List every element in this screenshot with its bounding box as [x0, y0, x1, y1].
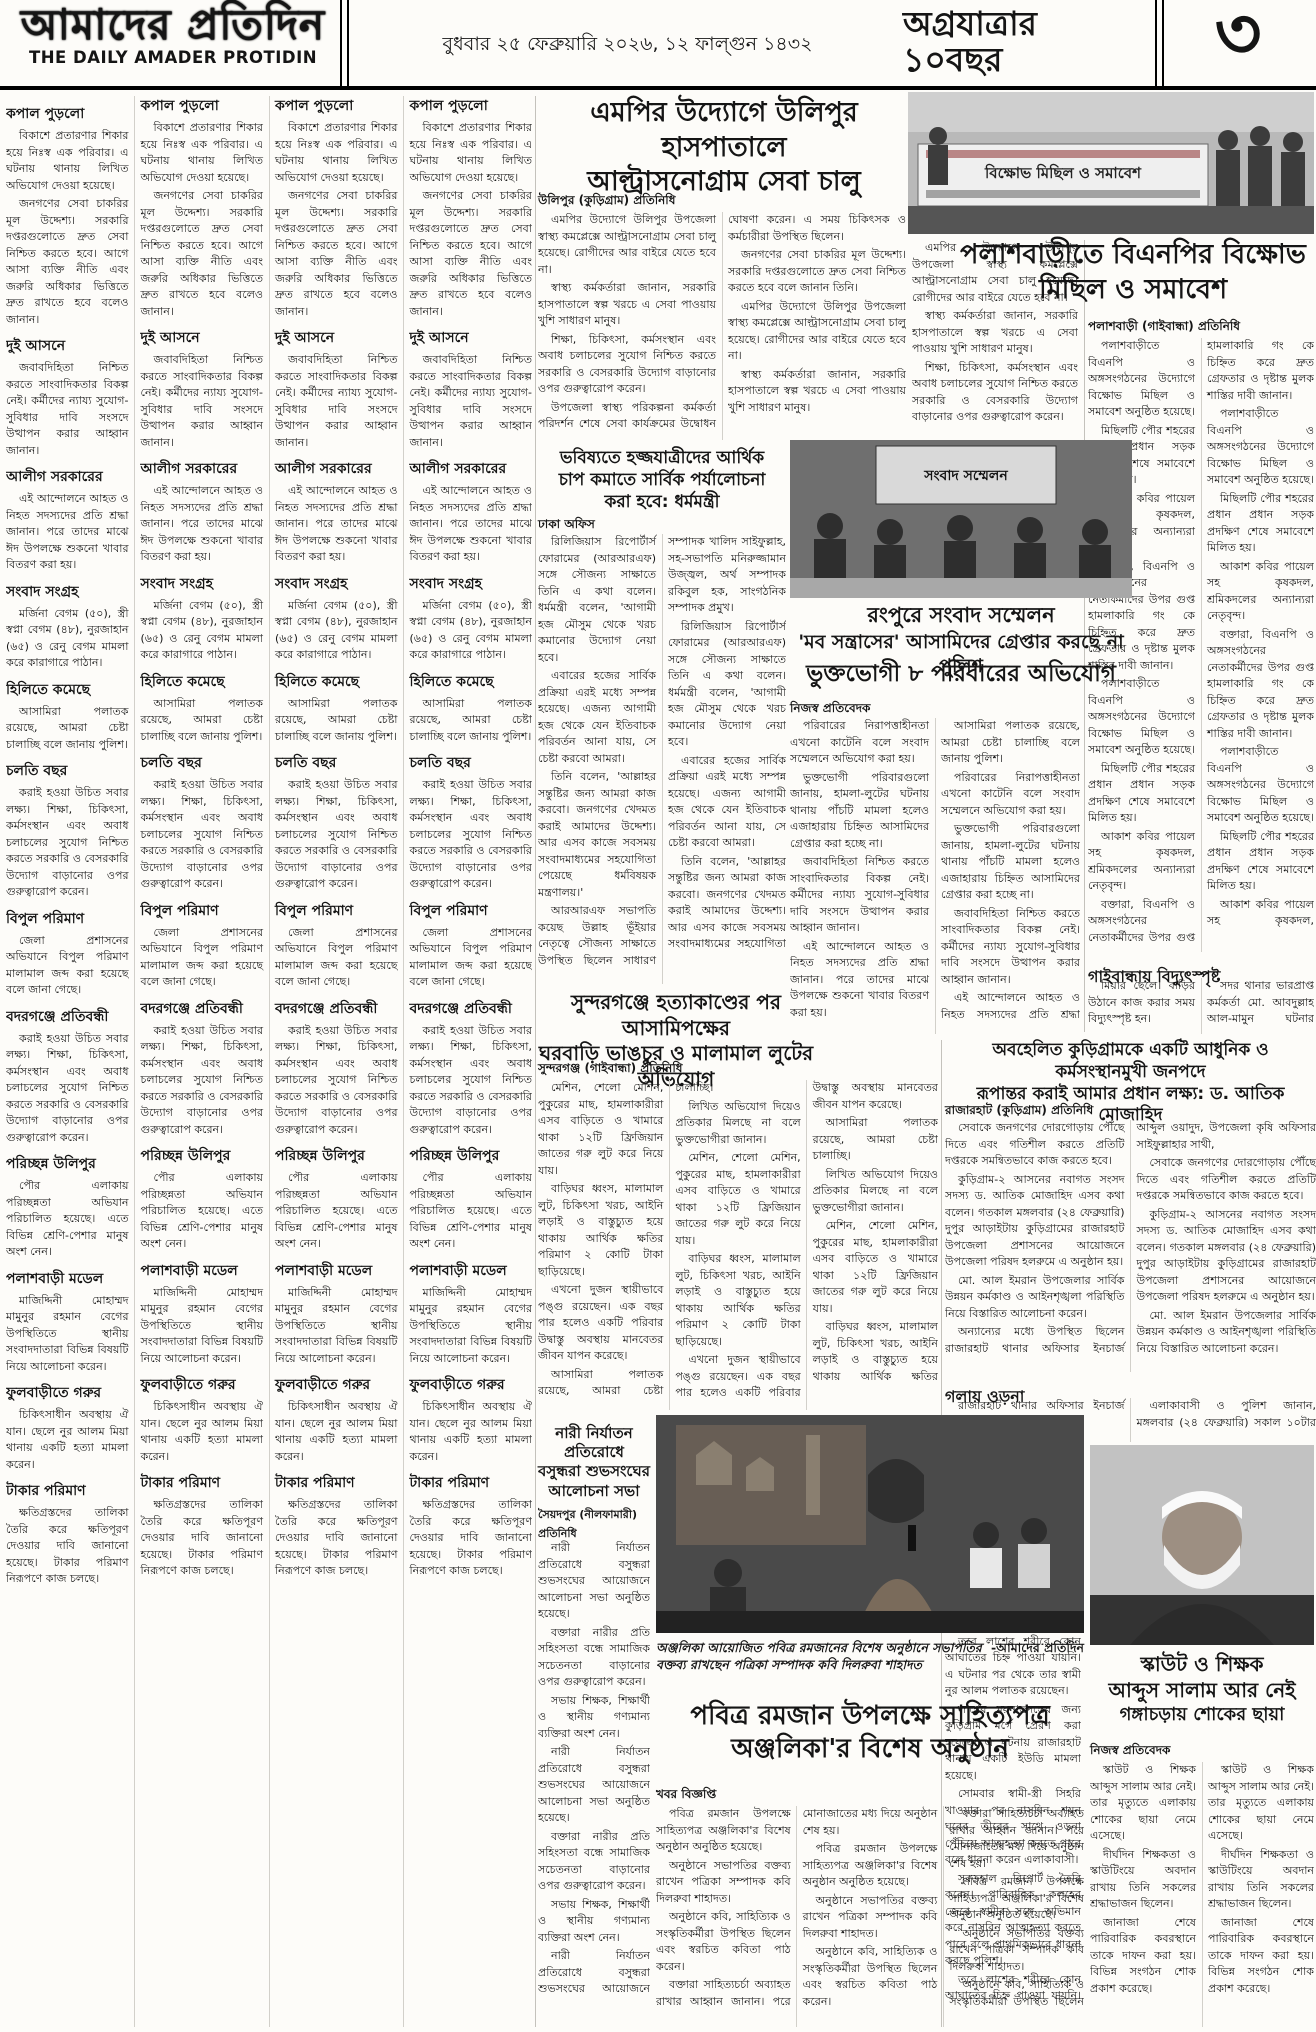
body-paragraph: বক্তারা, বিএনপি ও অঙ্গসংগঠনের নেতাকর্মীদ… [1207, 627, 1314, 743]
body-paragraph: ক্ষতিগ্রস্তদের তালিকা তৈরি করে ক্ষতিপূরণ… [141, 1497, 264, 1580]
newspaper-page: আমাদের প্রতিদিন THE DAILY AMADER PROTIDI… [0, 0, 1316, 2032]
body-paragraph: জবাবদিহিতা নিশ্চিত করতে সাংবাদিকতার বিকল… [410, 352, 533, 451]
body-paragraph: পৌর এলাকায় পরিচ্ছন্নতা অভিযান পরিচালিত … [6, 1178, 129, 1261]
body-paragraph: আসামিরা পলাতক রয়েছে, আমরা চেষ্টা চালাচ্… [141, 696, 264, 746]
body-paragraph: ভুক্তভোগী পরিবারগুলো জানায়, হামলা-লুটের… [790, 770, 929, 853]
column-subhead: কপাল পুড়লো [275, 96, 398, 117]
body-paragraph: দীর্ঘদিন শিক্ষকতা ও স্কাউটিংয়ে অবদান রা… [1208, 1847, 1314, 1913]
body-paragraph: পরিবারের নিরাপত্তাহীনতা এখনো কাটেনি বলে … [790, 718, 929, 768]
body-paragraph: বাড়িঘর ধ্বংস, মালামাল লুট, চিকিৎসা খরচ,… [538, 1181, 663, 1280]
column-subhead: পরিচ্ছন্ন উলিপুর [141, 1146, 264, 1167]
body-paragraph: অনুষ্ঠানে সভাপতির বক্তব্য রাখেন পত্রিকা … [949, 1926, 1084, 1976]
body-paragraph: জেলা প্রশাসনের অভিযানে বিপুল পরিমাণ মালা… [141, 925, 264, 991]
body-paragraph: অনুষ্ঠানে সভাপতির বক্তব্য রাখেন পত্রিকা … [656, 1858, 791, 1908]
body-paragraph: বক্তারা নারীর প্রতি সহিংসতা বন্ধে সামাজি… [538, 1625, 650, 1691]
body-paragraph: লিখিত অভিযোগ দিয়েও প্রতিকার মিলছে না বল… [675, 1099, 800, 1149]
body-paragraph: পবিত্র রমজান উপলক্ষে সাহিত্যপত্র অঞ্জলিক… [949, 1874, 1084, 1924]
body-paragraph: মাজিদ্দিনী মোহাম্মদ মামুনুর রহমান বেগের … [6, 1293, 129, 1376]
body-paragraph: এই আন্দোলনে আহত ও নিহত সদস্যদের প্রতি শ্… [6, 491, 129, 574]
body-paragraph: সভায় শিক্ষক, শিক্ষার্থী ও স্থানীয় গণ্য… [538, 1693, 650, 1743]
press-subhead: ভুক্তভোগী ৮ পরিবারের অভিযোগ [790, 660, 1132, 689]
dateline: বুধবার ২৫ ফেব্রুয়ারি ২০২৬, ১২ ফাল্গুন ১… [355, 30, 900, 62]
body-paragraph: জনগণের সেবা চাকরির মূল উদ্দেশ্য। সরকারি … [6, 196, 129, 328]
svg-text:বিক্ষোভ মিছিল ও সমাবেশ: বিক্ষোভ মিছিল ও সমাবেশ [984, 163, 1142, 182]
nari-headline: নারী নির্যাতন প্রতিরোধে বসুন্ধরা শুভসংঘে… [538, 1424, 650, 1501]
nari-byline: সৈয়দপুর (নীলফামারী) প্রতিনিধি [538, 1506, 650, 1544]
column-subhead: কপাল পুড়লো [141, 96, 264, 117]
masthead-bengali-title: আমাদের প্রতিদিন [8, 4, 338, 46]
column-subhead: বিপুল পরিমাণ [410, 901, 533, 922]
body-paragraph: জনগণের সেবা চাকরির মূল উদ্দেশ্য। সরকারি … [728, 247, 906, 297]
electrocution-body: মিয়ার ছেলে। বাড়ির উঠানে কাজ করার সময় … [1088, 978, 1314, 1034]
body-paragraph: করাই হওয়া উচিত সবার লক্ষ্য। শিক্ষা, চিক… [6, 785, 129, 901]
body-paragraph: পৌর এলাকায় পরিচ্ছন্নতা অভিযান পরিচালিত … [410, 1170, 533, 1253]
body-paragraph: লিখিত অভিযোগ দিয়েও প্রতিকার মিলছে না বল… [813, 1167, 938, 1217]
column-subhead: আলীগ সরকারের [141, 459, 264, 480]
column-subhead: ফুলবাড়ীতে গরুর [275, 1375, 398, 1396]
body-paragraph: স্বাস্থ্য কর্মকর্তারা জানান, সরকারি হাসপ… [728, 367, 906, 417]
event-photo-caption: -আমাদের প্রতিদিন অঞ্জলিকা আয়োজিত পবিত্র… [656, 1640, 1084, 1674]
body-paragraph: আসামিরা পলাতক রয়েছে, আমরা চেষ্টা চালাচ্… [941, 718, 1080, 768]
body-paragraph: করাই হওয়া উচিত সবার লক্ষ্য। শিক্ষা, চিক… [141, 777, 264, 893]
body-paragraph: আসামিরা পলাতক রয়েছে, আমরা চেষ্টা চালাচ্… [275, 696, 398, 746]
press-conference-photo: সংবাদ সম্মেলন [790, 440, 1132, 598]
sundarganj-byline: সুন্দরগঞ্জ (গাইবান্ধা) প্রতিনিধি [538, 1060, 814, 1080]
body-paragraph: সদর থানার ভারপ্রাপ্ত কর্মকর্তা মো. আবদুল… [1207, 978, 1314, 1034]
column-subhead: বিপুল পরিমাণ [6, 909, 129, 930]
column-subhead: পরিচ্ছন্ন উলিপুর [6, 1154, 129, 1175]
kurigram-body: সেবাকে জনগণের দোরগোড়ায় পৌঁছে দিতে এবং … [945, 1120, 1316, 1372]
body-paragraph: মিছিলটি পৌর শহরের প্রধান প্রধান সড়ক প্র… [1088, 761, 1195, 827]
hajj-body: রিলিজিয়াস রিপোর্টার্স ফোরামের (আরআরএফ) … [538, 534, 786, 984]
body-paragraph: এলাকাবাসী ও পুলিশ জানান, মঙ্গলবার (২৪ ফে… [1137, 1398, 1316, 1442]
column-subhead: দুই আসনে [6, 336, 129, 357]
obituary-byline: নিজস্ব প্রতিবেদক [1090, 1742, 1314, 1762]
body-paragraph: পৌর এলাকায় পরিচ্ছন্নতা অভিযান পরিচালিত … [275, 1170, 398, 1253]
column-subhead: টাকার পরিমাণ [141, 1473, 264, 1494]
obituary-headline: স্কাউট ও শিক্ষক আব্দুস সালাম আর নেই গঙ্গ… [1090, 1652, 1314, 1726]
column-subhead: টাকার পরিমাণ [410, 1473, 533, 1494]
body-paragraph: জনগণের সেবা চাকরির মূল উদ্দেশ্য। সরকারি … [141, 188, 264, 320]
body-paragraph: আকাশ কবির পায়েল সহ কৃষকদল, শ্রমিকদলের অ… [1088, 829, 1195, 895]
column-subhead: বদরগঞ্জে প্রতিবন্ধী [6, 1007, 129, 1028]
column-subhead: বিপুল পরিমাণ [275, 901, 398, 922]
column-subhead: বদরগঞ্জে প্রতিবন্ধী [410, 999, 533, 1020]
body-paragraph: স্কাউট ও শিক্ষক আব্দুস সালাম আর নেই। তার… [1090, 1762, 1196, 1845]
column-subhead: টাকার পরিমাণ [275, 1473, 398, 1494]
body-paragraph: মর্জিনা বেগম (৫০), স্ত্রী স্বপ্না বেগম (… [410, 598, 533, 664]
column-subhead: হিলিতে কমেছে [275, 672, 398, 693]
column-subhead: পলাশবাড়ী মডেল [141, 1261, 264, 1282]
column-subhead: সংবাদ সংগ্রহ [6, 582, 129, 603]
body-paragraph: এই আন্দোলনে আহত ও নিহত সদস্যদের প্রতি শ্… [410, 483, 533, 566]
body-paragraph: তিনি বলেন, 'আল্লাহর সন্তুষ্টির জন্য আমরা… [538, 769, 656, 901]
body-paragraph: মিছিলটি পৌর শহরের প্রধান প্রধান সড়ক প্র… [1207, 829, 1314, 895]
body-paragraph: সভায় শিক্ষক, শিক্ষার্থী ও স্থানীয় গণ্য… [538, 1897, 650, 1947]
body-paragraph: চিকিৎসাধীন অবস্থায় ঐ যান। ছেলে নুর আলম … [6, 1407, 129, 1473]
masthead-english-title: THE DAILY AMADER PROTIDIN [8, 48, 338, 67]
body-paragraph: পৌর এলাকায় পরিচ্ছন্নতা অভিযান পরিচালিত … [141, 1170, 264, 1253]
body-paragraph: এবারের হজের সার্বিক প্রক্রিয়া এরই মধ্যে… [668, 753, 786, 852]
body-paragraph: মাজিদ্দিনী মোহাম্মদ মামুনুর রহমান বেগের … [410, 1285, 533, 1368]
column-subhead: হিলিতে কমেছে [410, 672, 533, 693]
svg-text:সংবাদ সম্মেলন: সংবাদ সম্মেলন [923, 468, 1008, 484]
column-subhead: চলতি বছর [141, 753, 264, 774]
column-subhead: বিপুল পরিমাণ [141, 901, 264, 922]
body-paragraph: পলাশবাড়ীতে বিএনপি ও অঙ্গসংগঠনের উদ্যোগে… [1207, 406, 1314, 489]
column-subhead: দুই আসনে [275, 328, 398, 349]
body-paragraph: মাজিদ্দিনী মোহাম্মদ মামুনুর রহমান বেগের … [141, 1285, 264, 1368]
body-paragraph: জবাবদিহিতা নিশ্চিত করতে সাংবাদিকতার বিকল… [6, 360, 129, 459]
body-paragraph: অনুষ্ঠানে কবি, সাহিত্যিক ও সংস্কৃতিকর্মী… [656, 1909, 791, 1975]
nari-body: নারী নির্যাতন প্রতিরোধে বসুন্ধরা শুভসংঘে… [538, 1540, 650, 2027]
body-paragraph: জবাবদিহিতা নিশ্চিত করতে সাংবাদিকতার বিকল… [790, 854, 929, 937]
body-paragraph: এই আন্দোলনে আহত ও নিহত সদস্যদের প্রতি শ্… [275, 483, 398, 566]
body-paragraph: জনগণের সেবা চাকরির মূল উদ্দেশ্য। সরকারি … [275, 188, 398, 320]
hajj-headline: ভবিষ্যতে হজ্জযাত্রীদের আর্থিক চাপ কমাতে … [538, 448, 786, 513]
body-paragraph: পলাশবাড়ীতে বিএনপি ও অঙ্গসংগঠনের উদ্যোগে… [1207, 744, 1314, 827]
header-divider-left [340, 0, 349, 86]
body-paragraph: দীর্ঘদিন শিক্ষকতা ও স্কাউটিংয়ে অবদান রা… [1090, 1847, 1196, 1913]
column-subhead: পরিচ্ছন্ন উলিপুর [410, 1146, 533, 1167]
column-subhead: হিলিতে কমেছে [141, 672, 264, 693]
hajj-byline: ঢাকা অফিস [538, 516, 786, 536]
column-rule [535, 96, 536, 2027]
body-paragraph: মর্জিনা বেগম (৫০), স্ত্রী স্বপ্না বেগম (… [141, 598, 264, 664]
anniversary-line2: ১০বছর [903, 42, 1155, 78]
body-paragraph: স্বাস্থ্য কর্মকর্তারা জানান, সরকারি হাসপ… [538, 280, 716, 330]
column-subhead: কপাল পুড়লো [410, 96, 533, 117]
column-subhead: চলতি বছর [275, 753, 398, 774]
rally-byline: পলাশবাড়ী (গাইবান্ধা) প্রতিনিধি [1088, 318, 1314, 338]
sundarganj-body: মেশিন, শেলো মেশিন, পুকুরের মাছ, হামলাকার… [538, 1080, 938, 1410]
body-paragraph: বিকাশে প্রতারণার শিকার হয়ে নিঃস্ব এক পর… [275, 120, 398, 186]
body-paragraph: শিক্ষা, চিকিৎসা, কর্মসংস্থান এবং অবাধ চল… [538, 332, 716, 398]
body-paragraph: আসামিরা পলাতক রয়েছে, আমরা চেষ্টা চালাচ্… [813, 1115, 938, 1165]
ramadan-body: পবিত্র রমজান উপলক্ষে সাহিত্যপত্র অঞ্জলিক… [656, 1806, 1084, 2027]
body-paragraph: মো. আল ইমরান উপজেলার সার্বিক উন্নয়ন কর্… [945, 1273, 1125, 1323]
ulipur-headline: এমপির উদ্যোগে উলিপুর হাসপাতালে আল্ট্রাসন… [538, 96, 910, 200]
body-paragraph: ভুক্তভোগী পরিবারগুলো জানায়, হামলা-লুটের… [941, 821, 1080, 904]
body-paragraph: জেলা প্রশাসনের অভিযানে বিপুল পরিমাণ মালা… [410, 925, 533, 991]
column-subhead: হিলিতে কমেছে [6, 680, 129, 701]
body-paragraph: অনুষ্ঠানে সভাপতির বক্তব্য রাখেন পত্রিকা … [803, 1893, 938, 1943]
body-paragraph: মেশিন, শেলো মেশিন, পুকুরের মাছ, হামলাকার… [675, 1150, 800, 1249]
body-paragraph: করাই হওয়া উচিত সবার লক্ষ্য। শিক্ষা, চিক… [6, 1031, 129, 1147]
body-paragraph: চিকিৎসাধীন অবস্থায় ঐ যান। ছেলে নুর আলম … [275, 1399, 398, 1465]
body-paragraph: জনগণের সেবা চাকরির মূল উদ্দেশ্য। সরকারি … [410, 188, 533, 320]
rally-headline: পলাশবাড়ীতে বিএনপির বিক্ষোভ মিছিল ও সমাব… [952, 238, 1314, 307]
body-paragraph: করাই হওয়া উচিত সবার লক্ষ্য। শিক্ষা, চিক… [410, 1023, 533, 1139]
kurigram-byline: রাজারহাট (কুড়িগ্রাম) প্রতিনিধি [945, 1102, 1316, 1122]
body-paragraph: করাই হওয়া উচিত সবার লক্ষ্য। শিক্ষা, চিক… [275, 777, 398, 893]
column-subhead: কপাল পুড়লো [6, 104, 129, 125]
body-paragraph: স্কাউট ও শিক্ষক আব্দুস সালাম আর নেই। তার… [1208, 1762, 1314, 1845]
body-paragraph: মিয়ার ছেলে। বাড়ির উঠানে কাজ করার সময় … [1088, 978, 1195, 1028]
press-kicker: রংপুরে সংবাদ সম্মেলন [790, 602, 1132, 629]
body-paragraph: মর্জিনা বেগম (৫০), স্ত্রী স্বপ্না বেগম (… [6, 606, 129, 672]
body-paragraph: বক্তারা সাহিত্যচর্চা অব্যাহত রাখার আহ্বা… [949, 1806, 1084, 1872]
body-paragraph: জবাবদিহিতা নিশ্চিত করতে সাংবাদিকতার বিকল… [275, 352, 398, 451]
column-subhead: আলীগ সরকারের [6, 467, 129, 488]
body-paragraph: জেলা প্রশাসনের অভিযানে বিপুল পরিমাণ মালা… [275, 925, 398, 991]
body-paragraph: পলাশবাড়ীতে বিএনপি ও অঙ্গসংগঠনের উদ্যোগে… [1088, 338, 1195, 421]
column-subhead: দুই আসনে [141, 328, 264, 349]
body-paragraph: জানাজা শেষে পারিবারিক কবরস্থানে তাকে দাফ… [1208, 1915, 1314, 1998]
column-subhead: বদরগঞ্জে প্রতিবন্ধী [275, 999, 398, 1020]
body-paragraph: পরিবারের নিরাপত্তাহীনতা এখনো কাটেনি বলে … [941, 770, 1080, 820]
column-subhead: দুই আসনে [410, 328, 533, 349]
column-subhead: সংবাদ সংগ্রহ [275, 574, 398, 595]
column-subhead: পরিচ্ছন্ন উলিপুর [275, 1146, 398, 1167]
column-subhead: আলীগ সরকারের [410, 459, 533, 480]
body-paragraph: মো. আল ইমরান উপজেলার সার্বিক উন্নয়ন কর্… [1137, 1308, 1316, 1358]
body-paragraph: অনুষ্ঠানে কবি, সাহিত্যিক ও সংস্কৃতিকর্মী… [803, 1944, 938, 2010]
body-paragraph: কুড়িগ্রাম-২ আসনের নবাগত সংসদ সদস্য ড. আ… [1137, 1207, 1316, 1306]
body-paragraph: বাড়িঘর ধ্বংস, মালামাল লুট, চিকিৎসা খরচ,… [675, 1251, 800, 1350]
portrait-photo [1090, 1445, 1314, 1645]
body-paragraph: ক্ষতিগ্রস্তদের তালিকা তৈরি করে ক্ষতিপূরণ… [6, 1505, 129, 1588]
body-paragraph: সেবাকে জনগণের দোরগোড়ায় পৌঁছে দিতে এবং … [945, 1120, 1125, 1170]
anniversary-banner: অগ্রযাত্রার ১০বছর [903, 6, 1155, 77]
anniversary-line1: অগ্রযাত্রার [903, 6, 1155, 42]
column-subhead: সংবাদ সংগ্রহ [141, 574, 264, 595]
body-paragraph: কুড়িগ্রাম-২ আসনের নবাগত সংসদ সদস্য ড. আ… [945, 1172, 1125, 1271]
photo-credit: -আমাদের প্রতিদিন [991, 1640, 1084, 1657]
ramadan-headline: পবিত্র রমজান উপলক্ষে সাহিত্যপত্র অঞ্জলিক… [656, 1700, 1084, 1767]
page-number: ৩ [1163, 0, 1313, 86]
body-paragraph: করাই হওয়া উচিত সবার লক্ষ্য। শিক্ষা, চিক… [141, 1023, 264, 1139]
body-paragraph: মিছিলটি পৌর শহরের প্রধান প্রধান সড়ক প্র… [1207, 491, 1314, 557]
body-paragraph: করাই হওয়া উচিত সবার লক্ষ্য। শিক্ষা, চিক… [275, 1023, 398, 1139]
press-body: পরিবারের নিরাপত্তাহীনতা এখনো কাটেনি বলে … [790, 718, 1080, 1034]
masthead: আমাদের প্রতিদিন THE DAILY AMADER PROTIDI… [8, 4, 338, 84]
body-paragraph: এমপির উদ্যোগে উলিপুর উপজেলা স্বাস্থ্য কম… [728, 299, 906, 365]
body-paragraph: মর্জিনা বেগম (৫০), স্ত্রী স্বপ্না বেগম (… [275, 598, 398, 664]
body-paragraph: পবিত্র রমজান উপলক্ষে সাহিত্যপত্র অঞ্জলিক… [803, 1841, 938, 1891]
body-paragraph: আকাশ কবির পায়েল সহ কৃষকদল, শ্রমিকদলের অ… [1207, 559, 1314, 625]
column-subhead: বদরগঞ্জে প্রতিবন্ধী [141, 999, 264, 1020]
body-paragraph: মাজিদ্দিনী মোহাম্মদ মামুনুর রহমান বেগের … [275, 1285, 398, 1368]
left-news-briefs: কপাল পুড়লোবিকাশে প্রতারণার শিকার হয়ে ন… [6, 96, 532, 2027]
ramadan-byline: খবর বিজ্ঞপ্তি [656, 1786, 856, 1806]
column-subhead: আলীগ সরকারের [275, 459, 398, 480]
ulipur-body: এমপির উদ্যোগে উলিপুর উপজেলা স্বাস্থ্য কম… [538, 212, 906, 440]
body-paragraph: জবাবদিহিতা নিশ্চিত করতে সাংবাদিকতার বিকল… [141, 352, 264, 451]
body-paragraph: বিকাশে প্রতারণার শিকার হয়ে নিঃস্ব এক পর… [410, 120, 533, 186]
body-paragraph: আসামিরা পলাতক রয়েছে, আমরা চেষ্টা চালাচ্… [6, 704, 129, 754]
body-paragraph: স্বাস্থ্য কর্মকর্তারা জানান, সরকারি হাসপ… [912, 308, 1078, 358]
body-paragraph: জবাবদিহিতা নিশ্চিত করতে সাংবাদিকতার বিকল… [941, 906, 1080, 989]
ulipur-byline: উলিপুর (কুড়িগ্রাম) প্রতিনিধি [538, 192, 910, 212]
body-paragraph: জানাজা শেষে পারিবারিক কবরস্থানে তাকে দাফ… [1090, 1915, 1196, 1998]
obituary-body: স্কাউট ও শিক্ষক আব্দুস সালাম আর নেই। তার… [1090, 1762, 1314, 2027]
column-subhead: ফুলবাড়ীতে গরুর [6, 1383, 129, 1404]
body-paragraph: পবিত্র রমজান উপলক্ষে সাহিত্যপত্র অঞ্জলিক… [656, 1806, 791, 1856]
body-paragraph: এবারের হজের সার্বিক প্রক্রিয়া এরই মধ্যে… [538, 668, 656, 767]
rally-photo: বিক্ষোভ মিছিল ও সমাবেশ [908, 92, 1314, 234]
body-paragraph: এখনো দুজন স্থায়ীভাবে পঙ্গু রয়েছেন। এক … [538, 1282, 663, 1365]
body-paragraph: নারী নির্যাতন প্রতিরোধে বসুন্ধরা শুভসংঘে… [538, 1744, 650, 1827]
press-byline: নিজস্ব প্রতিবেদক [790, 700, 990, 720]
body-paragraph: রিলিজিয়াস রিপোর্টার্স ফোরামের (আরআরএফ) … [538, 534, 656, 666]
body-paragraph: মেশিন, শেলো মেশিন, পুকুরের মাছ, হামলাকার… [813, 1218, 938, 1317]
body-paragraph: চিকিৎসাধীন অবস্থায় ঐ যান। ছেলে নুর আলম … [410, 1399, 533, 1465]
body-paragraph: শিক্ষা, চিকিৎসা, কর্মসংস্থান এবং অবাধ চল… [912, 360, 1078, 426]
header-rule [0, 86, 1316, 90]
column-subhead: পলাশবাড়ী মডেল [6, 1269, 129, 1290]
column-subhead: ফুলবাড়ীতে গরুর [141, 1375, 264, 1396]
column-subhead: সংবাদ সংগ্রহ [410, 574, 533, 595]
body-paragraph: রিলিজিয়াস রিপোর্টার্স ফোরামের (আরআরএফ) … [668, 619, 786, 751]
body-paragraph: করাই হওয়া উচিত সবার লক্ষ্য। শিক্ষা, চিক… [410, 777, 533, 893]
body-paragraph: ক্ষতিগ্রস্তদের তালিকা তৈরি করে ক্ষতিপূরণ… [410, 1497, 533, 1580]
column-subhead: চলতি বছর [410, 753, 533, 774]
body-paragraph: সেবাকে জনগণের দোরগোড়ায় পৌঁছে দিতে এবং … [1137, 1155, 1316, 1205]
body-paragraph: জেলা প্রশাসনের অভিযানে বিপুল পরিমাণ মালা… [6, 933, 129, 999]
body-paragraph: এই আন্দোলনে আহত ও নিহত সদস্যদের প্রতি শ্… [141, 483, 264, 566]
body-paragraph: বিকাশে প্রতারণার শিকার হয়ে নিঃস্ব এক পর… [6, 128, 129, 194]
body-paragraph: বিকাশে প্রতারণার শিকার হয়ে নিঃস্ব এক পর… [141, 120, 264, 186]
body-paragraph: আসামিরা পলাতক রয়েছে, আমরা চেষ্টা চালাচ্… [410, 696, 533, 746]
ramadan-event-photo [656, 1415, 1084, 1633]
column-subhead: পলাশবাড়ী মডেল [275, 1261, 398, 1282]
body-paragraph: বক্তারা নারীর প্রতি সহিংসতা বন্ধে সামাজি… [538, 1829, 650, 1895]
body-paragraph: চিকিৎসাধীন অবস্থায় ঐ যান। ছেলে নুর আলম … [141, 1399, 264, 1465]
body-paragraph: মেশিন, শেলো মেশিন, পুকুরের মাছ, হামলাকার… [538, 1080, 663, 1179]
column-subhead: পলাশবাড়ী মডেল [410, 1261, 533, 1282]
body-paragraph: ক্ষতিগ্রস্তদের তালিকা তৈরি করে ক্ষতিপূরণ… [275, 1497, 398, 1580]
column-subhead: টাকার পরিমাণ [6, 1481, 129, 1502]
column-subhead: ফুলবাড়ীতে গরুর [410, 1375, 533, 1396]
body-paragraph: এমপির উদ্যোগে উলিপুর উপজেলা স্বাস্থ্য কম… [538, 212, 716, 278]
body-paragraph: নারী নির্যাতন প্রতিরোধে বসুন্ধরা শুভসংঘে… [538, 1540, 650, 1623]
column-subhead: চলতি বছর [6, 761, 129, 782]
